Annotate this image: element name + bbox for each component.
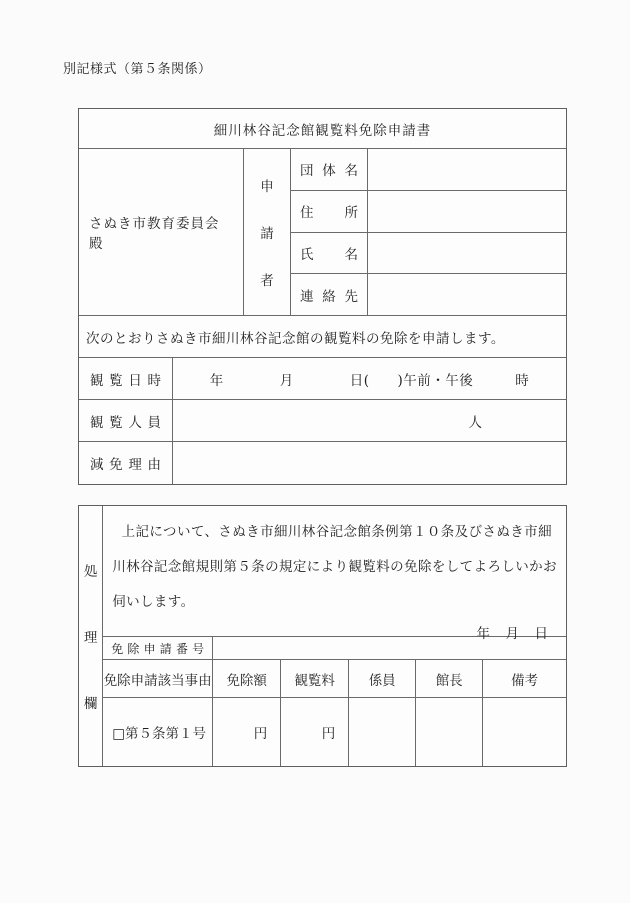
processing-header-row: 免除申請該当事由 免除額 観覧料 係員 館長 備考 — [103, 660, 566, 698]
header-exemption-amount: 免除額 — [213, 660, 281, 697]
exemption-number-label: 免除申請番号 — [111, 640, 204, 657]
viewing-headcount-label: 観覧人員 — [90, 411, 161, 431]
applicant-section: さぬき市教育委員会 殿 申 請 者 団体名 住所 氏名 — [79, 149, 566, 316]
exemption-number-label-cell: 免除申請番号 — [103, 637, 213, 659]
viewing-datetime-row: 観覧日時 年 月 日( )午前・午後 時 — [79, 358, 566, 400]
viewing-datetime-value: 年 月 日( )午前・午後 時 — [173, 358, 566, 399]
processing-char: 欄 — [84, 692, 98, 712]
viewing-headcount-value: 人 — [173, 400, 566, 441]
applicable-reason-cell: □第５条第１号 — [103, 698, 213, 766]
exemption-amount-cell: 円 — [213, 698, 281, 766]
viewing-headcount-label-cell: 観覧人員 — [79, 400, 173, 441]
viewing-datetime-label: 観覧日時 — [90, 369, 161, 389]
statement-line: 川林谷記念館規則第５条の規定により観覧料の免除をしてよろしいかお — [112, 550, 557, 585]
applicant-vertical-heading: 申 請 者 — [244, 149, 291, 315]
header-remarks: 備考 — [483, 660, 566, 697]
exemption-reason-label: 減免理由 — [90, 453, 161, 473]
exemption-reason-value — [173, 442, 566, 484]
organization-label-cell: 団体名 — [291, 149, 368, 190]
header-director: 館長 — [416, 660, 483, 697]
header-staff: 係員 — [349, 660, 416, 697]
name-label: 氏名 — [300, 243, 358, 263]
form-style-note: 別記様式（第５条関係） — [63, 58, 212, 77]
recipient-cell: さぬき市教育委員会 殿 — [79, 149, 244, 315]
processing-vertical-heading: 処 理 欄 — [79, 506, 103, 766]
exemption-number-value — [213, 637, 566, 659]
contact-label-cell: 連絡先 — [291, 274, 368, 315]
applicant-char: 請 — [260, 222, 274, 242]
statement-line: 伺いします。 — [112, 585, 557, 620]
declaration-sentence: 次のとおりさぬき市細川林谷記念館の観覧料の免除を申請します。 — [79, 316, 566, 358]
address-label-cell: 住所 — [291, 191, 368, 232]
header-applicable-reason: 免除申請該当事由 — [103, 660, 213, 697]
exemption-number-row: 免除申請番号 — [103, 637, 566, 660]
organization-value-cell — [368, 149, 566, 190]
contact-value-cell — [368, 274, 566, 315]
form-title: 細川林谷記念館観覧料免除申請書 — [79, 109, 566, 149]
name-value-cell — [368, 233, 566, 274]
applicant-char: 者 — [260, 269, 274, 289]
exemption-reason-label-cell: 減免理由 — [79, 442, 173, 484]
statement-line: 上記について、さぬき市細川林谷記念館条例第１０条及びさぬき市細 — [112, 515, 557, 550]
application-form-table: 細川林谷記念館観覧料免除申請書 さぬき市教育委員会 殿 申 請 者 団体名 住所… — [78, 108, 567, 485]
approval-statement-cell: 上記について、さぬき市細川林谷記念館条例第１０条及びさぬき市細 川林谷記念館規則… — [103, 506, 566, 637]
staff-cell — [349, 698, 416, 766]
viewing-fee-cell: 円 — [281, 698, 349, 766]
contact-label: 連絡先 — [300, 285, 358, 305]
processing-char: 理 — [84, 626, 98, 646]
processing-table: 処 理 欄 上記について、さぬき市細川林谷記念館条例第１０条及びさぬき市細 川林… — [78, 505, 567, 767]
remarks-cell — [483, 698, 566, 766]
field-row-organization: 団体名 — [291, 149, 566, 191]
processing-data-row: □第５条第１号 円 円 — [103, 698, 566, 766]
viewing-headcount-row: 観覧人員 人 — [79, 400, 566, 442]
processing-main: 上記について、さぬき市細川林谷記念館条例第１０条及びさぬき市細 川林谷記念館規則… — [103, 506, 566, 766]
address-label: 住所 — [300, 201, 358, 221]
applicant-fields: 団体名 住所 氏名 連絡先 — [291, 149, 566, 315]
organization-label: 団体名 — [300, 159, 358, 179]
field-row-name: 氏名 — [291, 233, 566, 275]
address-value-cell — [368, 191, 566, 232]
processing-char: 処 — [84, 560, 98, 580]
name-label-cell: 氏名 — [291, 233, 368, 274]
field-row-contact: 連絡先 — [291, 274, 566, 315]
applicant-char: 申 — [260, 175, 274, 195]
field-row-address: 住所 — [291, 191, 566, 233]
exemption-reason-row: 減免理由 — [79, 442, 566, 484]
document-page: 別記様式（第５条関係） 細川林谷記念館観覧料免除申請書 さぬき市教育委員会 殿 … — [0, 0, 630, 903]
director-cell — [416, 698, 483, 766]
viewing-datetime-label-cell: 観覧日時 — [79, 358, 173, 399]
header-viewing-fee: 観覧料 — [281, 660, 349, 697]
